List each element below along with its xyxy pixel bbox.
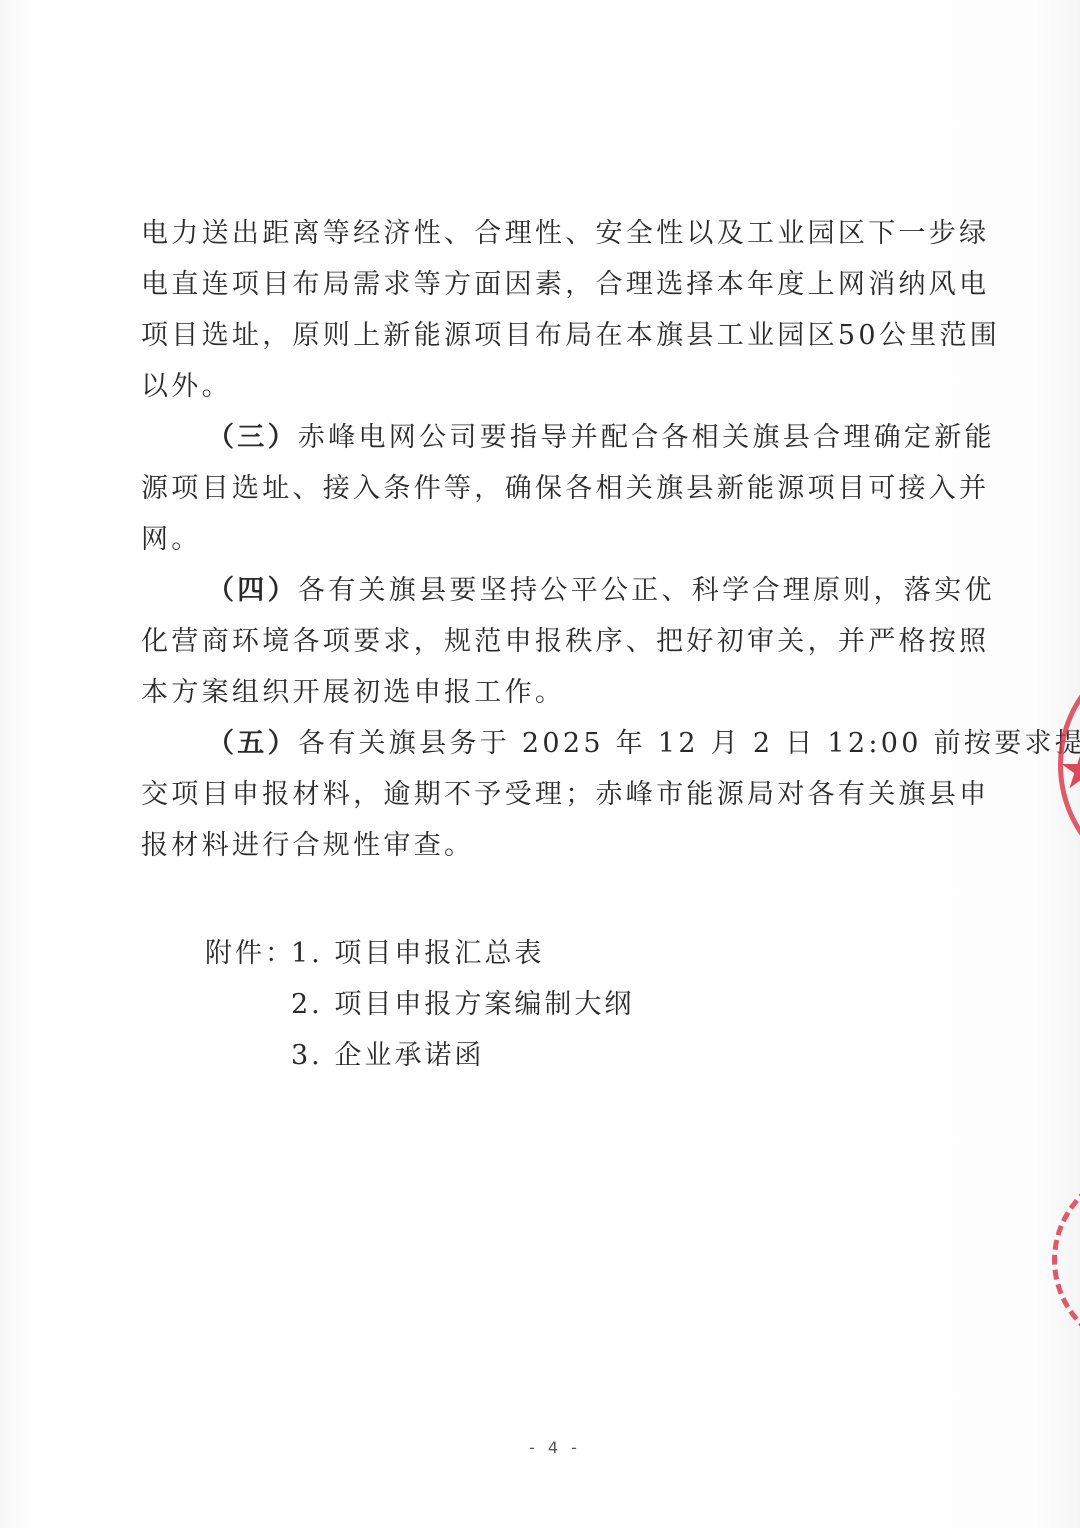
paragraph-line: 网。 <box>141 514 941 565</box>
document-page: 电力送出距离等经济性、合理性、安全性以及工业园区下一步绿 电直连项目布局需求等方… <box>0 0 1080 1528</box>
document-body: 电力送出距离等经济性、合理性、安全性以及工业园区下一步绿 电直连项目布局需求等方… <box>141 208 941 871</box>
paragraph-item-3-first-line: （三）赤峰电网公司要指导并配合各相关旗县合理确定新能 <box>141 412 941 463</box>
paragraph-line: 电力送出距离等经济性、合理性、安全性以及工业园区下一步绿 <box>141 208 941 259</box>
paragraph-text: 赤峰电网公司要指导并配合各相关旗县合理确定新能 <box>298 422 995 453</box>
item-number: （五） <box>207 728 298 759</box>
seam-seal-stamp <box>1052 1160 1080 1360</box>
paragraph-text: 各有关旗县要坚持公平公正、科学合理原则，落实优 <box>298 575 995 606</box>
paragraph-item-5-first-line: （五）各有关旗县务于 2025 年 12 月 2 日 12:00 前按要求提 <box>141 718 941 769</box>
item-number: （三） <box>207 422 298 453</box>
paragraph-line: 源项目选址、接入条件等，确保各相关旗县新能源项目可接入并 <box>141 463 941 514</box>
paragraph-item-4-first-line: （四）各有关旗县要坚持公平公正、科学合理原则，落实优 <box>141 565 941 616</box>
paragraph-line: 交项目申报材料，逾期不予受理；赤峰市能源局对各有关旗县申 <box>141 769 941 820</box>
paragraph-line: 项目选址，原则上新能源项目布局在本旗县工业园区50公里范围 <box>141 310 941 361</box>
attachment-title: 1. 项目申报汇总表 <box>291 938 544 969</box>
page-number: - 4 - <box>0 1438 1080 1457</box>
paragraph-line: 化营商环境各项要求，规范申报秩序、把好初审关，并严格按照 <box>141 616 941 667</box>
attachment-item: 3. 企业承诺函 <box>205 1030 634 1081</box>
item-number: （四） <box>207 575 298 606</box>
attachment-item: 附件：1. 项目申报汇总表 <box>205 928 634 979</box>
attachments-list: 附件：1. 项目申报汇总表 2. 项目申报方案编制大纲 3. 企业承诺函 <box>205 928 634 1081</box>
paragraph-text: 各有关旗县务于 2025 年 12 月 2 日 12:00 前按要求提 <box>298 728 1080 759</box>
paragraph-line: 本方案组织开展初选申报工作。 <box>141 667 941 718</box>
attachment-item: 2. 项目申报方案编制大纲 <box>205 979 634 1030</box>
attachments-label: 附件： <box>205 928 291 979</box>
seal-star-icon: ★ <box>1058 740 1080 800</box>
paragraph-line: 报材料进行合规性审查。 <box>141 820 941 871</box>
paragraph-line: 以外。 <box>141 361 941 412</box>
paragraph-line: 电直连项目布局需求等方面因素，合理选择本年度上网消纳风电 <box>141 259 941 310</box>
